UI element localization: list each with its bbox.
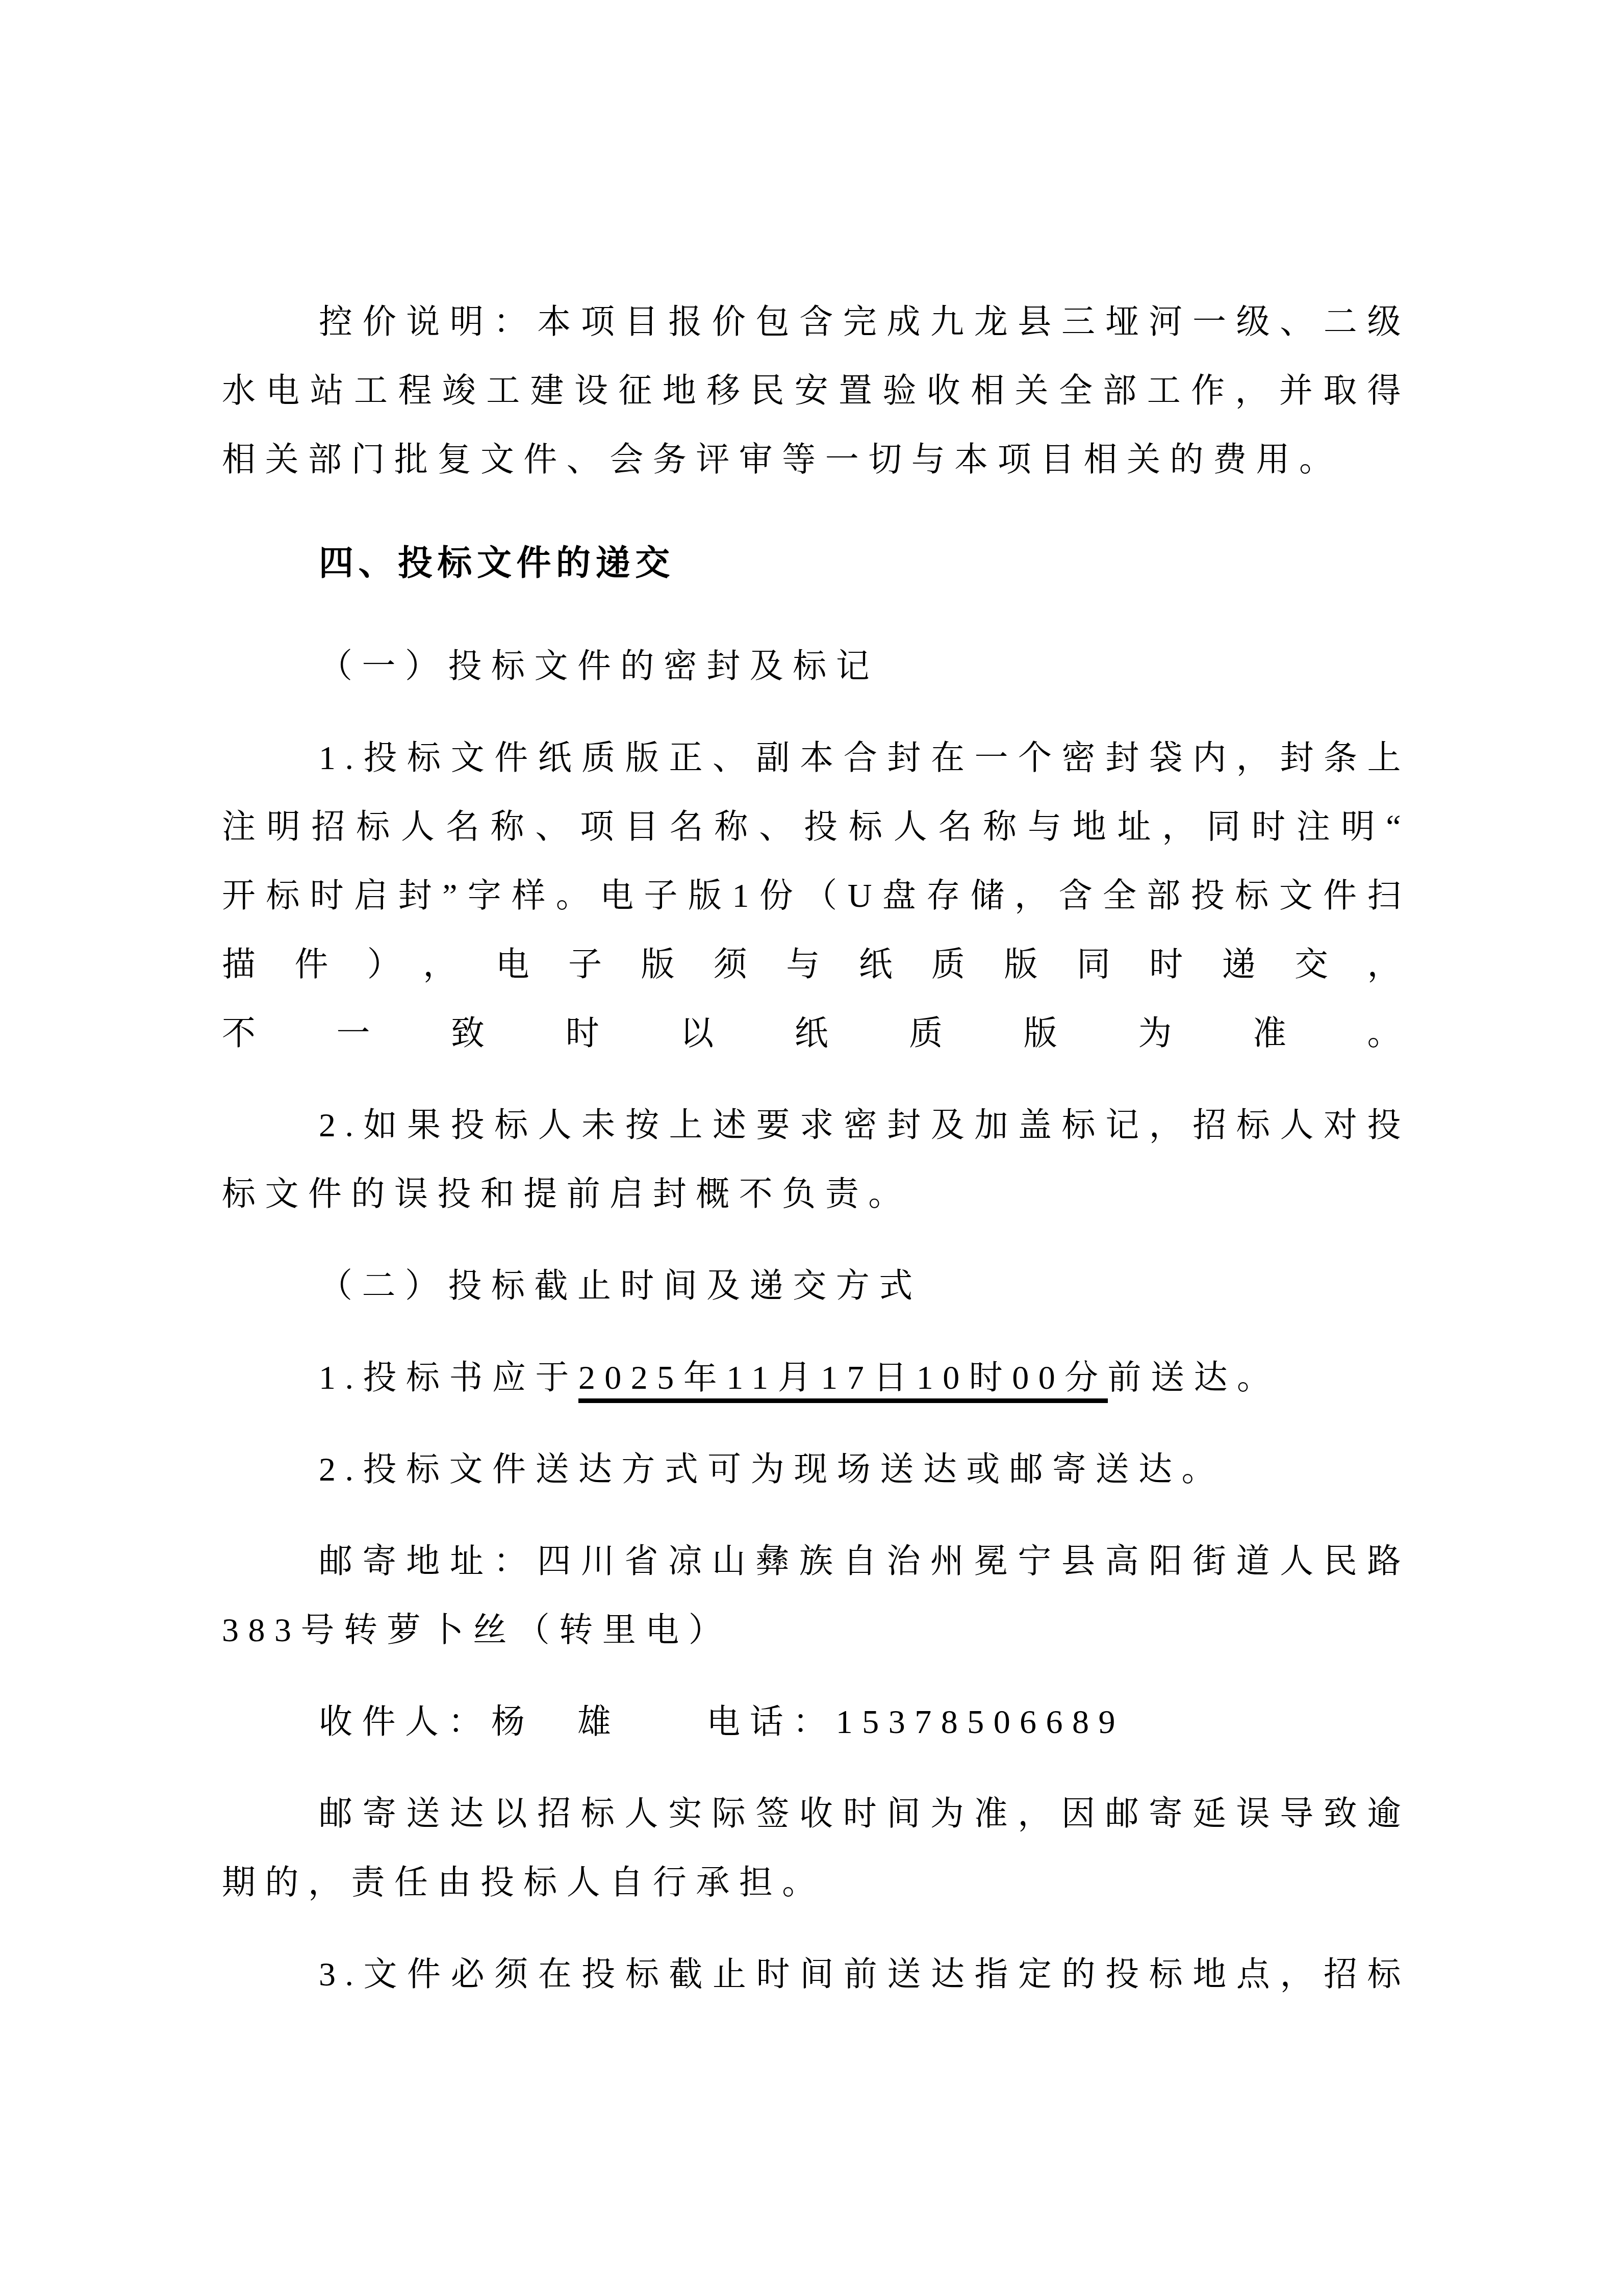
control-price-note-line-3: 相关部门批复文件、会务评审等一切与本项目相关的费用。 — [222, 425, 1410, 494]
recipient-phone-line: 收件人：杨 雄 电话：15378506689 — [222, 1688, 1410, 1756]
deadline-datetime-underlined: 2025年11月17日10时00分 — [578, 1359, 1108, 1403]
control-price-note-line-1: 控价说明：本项目报价包含完成九龙县三垭河一级、二级 — [222, 288, 1410, 356]
document-content: 控价说明：本项目报价包含完成九龙县三垭河一级、二级 水电站工程竣工建设征地移民安… — [222, 288, 1410, 2009]
mislabel-para-line-1: 2.如果投标人未按上述要求密封及加盖标记，招标人对投 — [222, 1091, 1410, 1160]
sealing-para-line-3: 开标时启封”字样。电子版1份（U盘存储，含全部投标文件扫 — [222, 861, 1410, 930]
control-price-note-line-2: 水电站工程竣工建设征地移民安置验收相关全部工作，并取得 — [222, 356, 1410, 425]
deadline-suffix: 前送达。 — [1108, 1359, 1280, 1396]
mail-address-line-1: 邮寄地址：四川省凉山彝族自治州冕宁县高阳街道人民路 — [222, 1527, 1410, 1596]
sealing-para-line-1: 1.投标文件纸质版正、副本合封在一个密封袋内，封条上 — [222, 724, 1410, 793]
mail-address-line-2: 383号转萝卜丝（转里电） — [222, 1596, 1410, 1665]
mislabel-para-line-2: 标文件的误投和提前启封概不负责。 — [222, 1160, 1410, 1229]
deadline-place-para-line-1: 3.文件必须在投标截止时间前送达指定的投标地点，招标 — [222, 1940, 1410, 2009]
deadline-line: 1.投标书应于2025年11月17日10时00分前送达。 — [222, 1343, 1410, 1412]
mail-risk-para-line-1: 邮寄送达以招标人实际签收时间为准，因邮寄延误导致逾 — [222, 1779, 1410, 1848]
document-page: 控价说明：本项目报价包含完成九龙县三垭河一级、二级 水电站工程竣工建设征地移民安… — [0, 0, 1624, 2293]
sealing-para-line-4: 描件），电子版须与纸质版同时递交，不一致时以纸质版为准。 — [222, 930, 1410, 1068]
deadline-prefix: 1.投标书应于 — [319, 1359, 578, 1396]
section-heading-submission: 四、投标文件的递交 — [222, 527, 1410, 599]
sealing-para-line-2: 注明招标人名称、项目名称、投标人名称与地址，同时注明“ — [222, 793, 1410, 861]
delivery-method-line: 2.投标文件送达方式可为现场送达或邮寄送达。 — [222, 1435, 1410, 1504]
mail-risk-para-line-2: 期的，责任由投标人自行承担。 — [222, 1848, 1410, 1917]
subsection-heading-deadline: （二）投标截止时间及递交方式 — [222, 1252, 1410, 1320]
subsection-heading-sealing: （一）投标文件的密封及标记 — [222, 632, 1410, 701]
